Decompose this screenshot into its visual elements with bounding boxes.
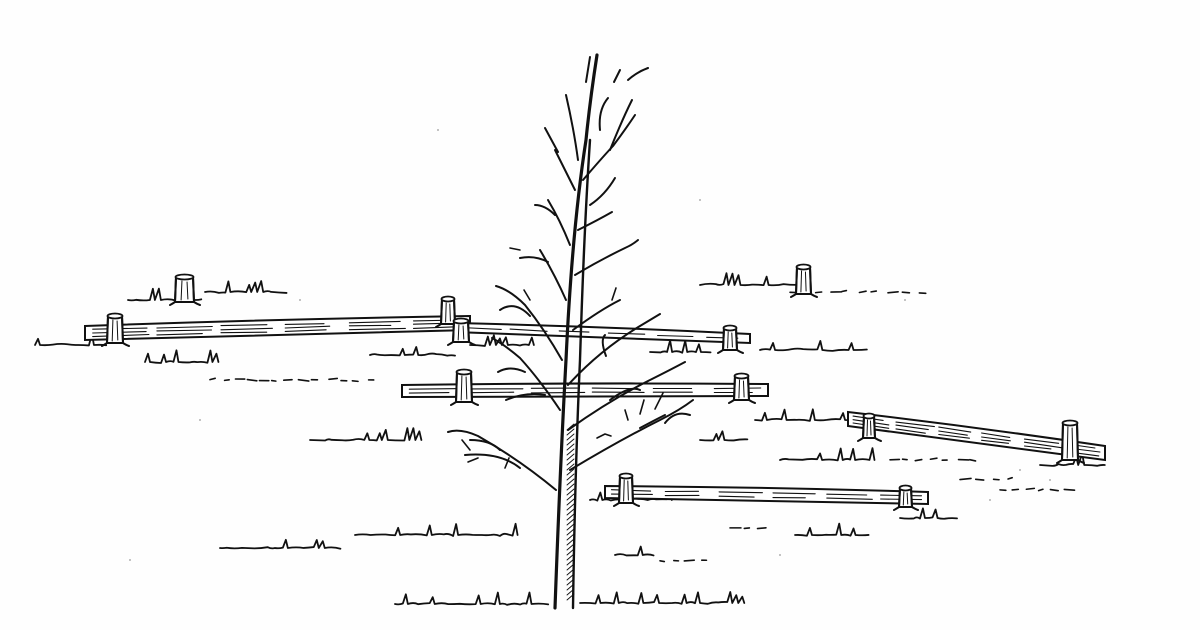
- grass-tuft: [700, 431, 747, 440]
- grass-tuft: [355, 524, 518, 536]
- grass-dashes: [1000, 488, 1075, 490]
- grass-dashes: [730, 528, 766, 529]
- grass-tuft: [780, 448, 874, 460]
- ink-drawing-scene: [0, 0, 1200, 630]
- grass-tuft: [760, 341, 867, 351]
- grass-tuft: [900, 508, 957, 518]
- grass-dashes: [660, 560, 706, 561]
- grass-dashes: [890, 458, 976, 461]
- grass-tuft: [220, 540, 340, 549]
- log-rail: [605, 486, 928, 504]
- log-rail: [85, 316, 470, 340]
- grass-tuft: [370, 347, 455, 356]
- grass-tuft: [395, 593, 548, 605]
- grass-tuft: [580, 592, 744, 604]
- grass-tuft: [755, 409, 860, 421]
- log-rails: [85, 297, 1105, 511]
- grass-tuft: [615, 547, 654, 556]
- grass-tuft: [310, 428, 421, 440]
- grass-tuft: [205, 281, 287, 293]
- grass-tuft: [145, 350, 218, 363]
- grass-tuft: [700, 273, 799, 285]
- grass-dashes: [960, 478, 1012, 480]
- grass-dashes: [210, 378, 374, 381]
- grass-tuft: [795, 524, 869, 536]
